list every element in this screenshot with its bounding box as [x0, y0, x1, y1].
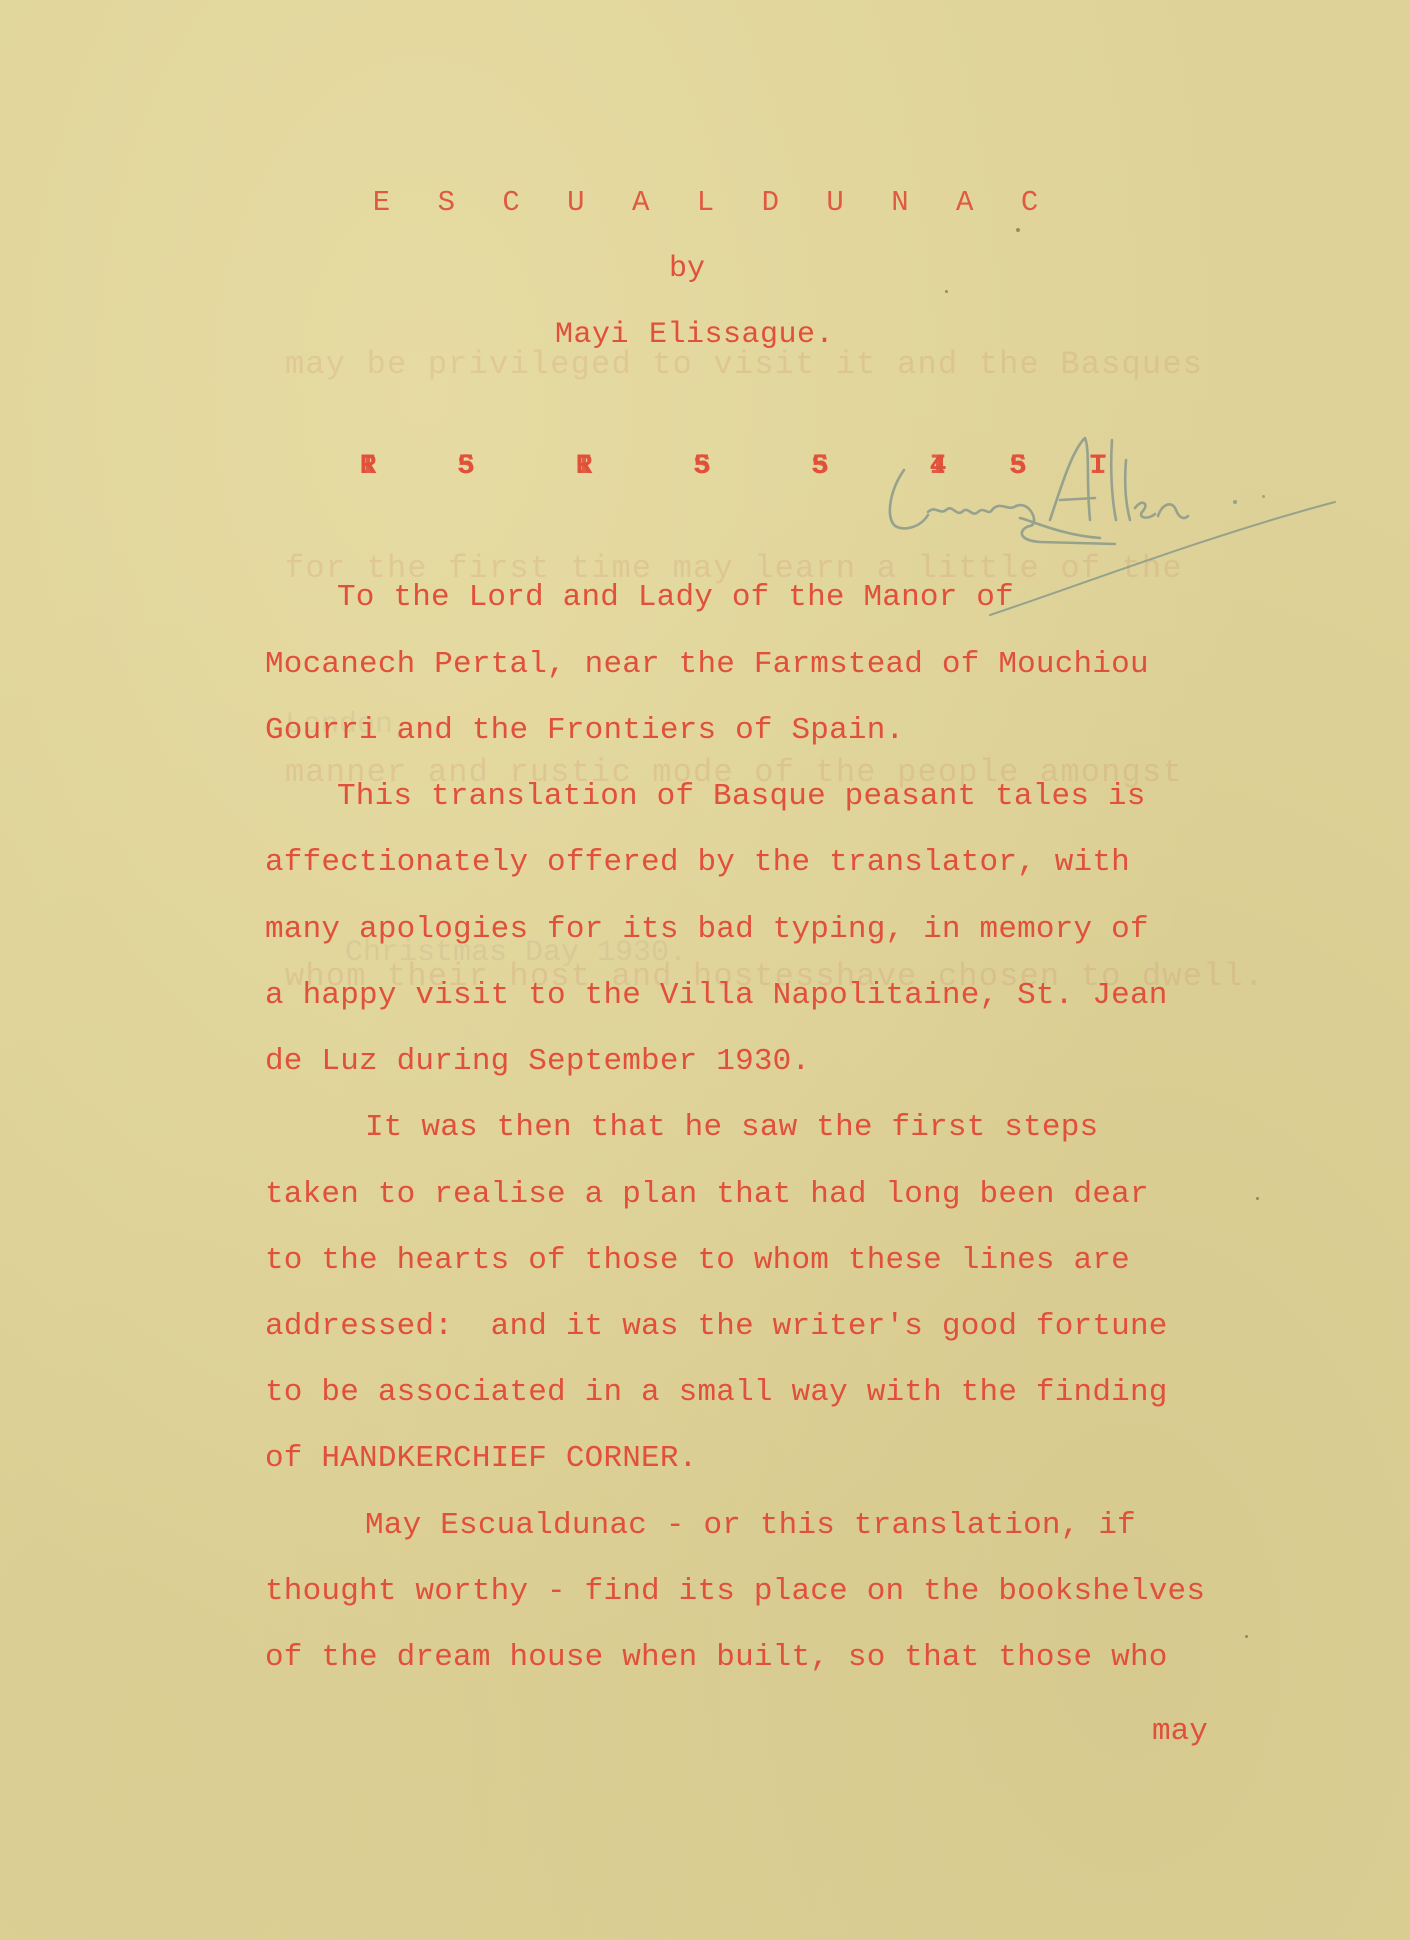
paragraph-line: many apologies for its bad typing, in me…	[265, 912, 1149, 947]
ornament-overstrike: I	[356, 450, 380, 484]
catchword: may	[1152, 1714, 1208, 1749]
ornament-glyph: 5 S	[690, 450, 714, 484]
paragraph-line: a happy visit to the Villa Napolitaine, …	[265, 978, 1168, 1013]
document-page: may be privileged to visit it and the Ba…	[0, 0, 1410, 1940]
paragraph-line: de Luz during September 1930.	[265, 1044, 810, 1079]
paper-speck	[1262, 495, 1265, 498]
ornament-glyph: R I	[572, 450, 596, 484]
paragraph-line: to the hearts of those to whom these lin…	[265, 1243, 1130, 1278]
paragraph-line: to be associated in a small way with the…	[265, 1375, 1168, 1410]
paragraph-line: thought worthy - find its place on the b…	[265, 1574, 1205, 1609]
paragraph-line: of HANDKERCHIEF CORNER.	[265, 1441, 697, 1476]
document-title: E S C U A L D U N A C	[0, 186, 1410, 219]
paper-speck	[1016, 228, 1020, 232]
paragraph-line: addressed: and it was the writer's good …	[265, 1309, 1168, 1344]
author-last-name: Elissague.	[649, 318, 834, 352]
ornament-glyph: 5 S	[454, 450, 478, 484]
paper-speck	[1245, 1635, 1248, 1638]
paragraph-line: of the dream house when built, so that t…	[265, 1640, 1168, 1675]
ornament-overstrike: S	[808, 450, 832, 484]
ornament-overstrike: S	[690, 450, 714, 484]
paragraph-line: May Escualdunac - or this translation, i…	[265, 1508, 1136, 1543]
dedication-line: To the Lord and Lady of the Manor of	[265, 580, 1014, 615]
ornament-overstrike: I	[572, 450, 596, 484]
author-name: MayiElissague.	[555, 318, 834, 352]
dedication-line: Mocanech Pertal, near the Farmstead of M…	[265, 647, 1149, 682]
author-first-name: Mayi	[555, 318, 629, 352]
paragraph-line: affectionately offered by the translator…	[265, 845, 1130, 880]
byline: by	[669, 252, 705, 286]
ornament-glyph: 5 S	[808, 450, 832, 484]
dedication-line: Gourri and the Frontiers of Spain.	[265, 713, 904, 748]
ornament-glyph: R I	[356, 450, 380, 484]
paper-speck	[1256, 1197, 1259, 1200]
paper-speck	[945, 290, 948, 293]
paragraph-line: This translation of Basque peasant tales…	[265, 779, 1146, 814]
paragraph-line: It was then that he saw the first steps	[265, 1110, 1098, 1145]
ornament-overstrike: S	[454, 450, 478, 484]
paragraph-line: taken to realise a plan that had long be…	[265, 1177, 1149, 1212]
